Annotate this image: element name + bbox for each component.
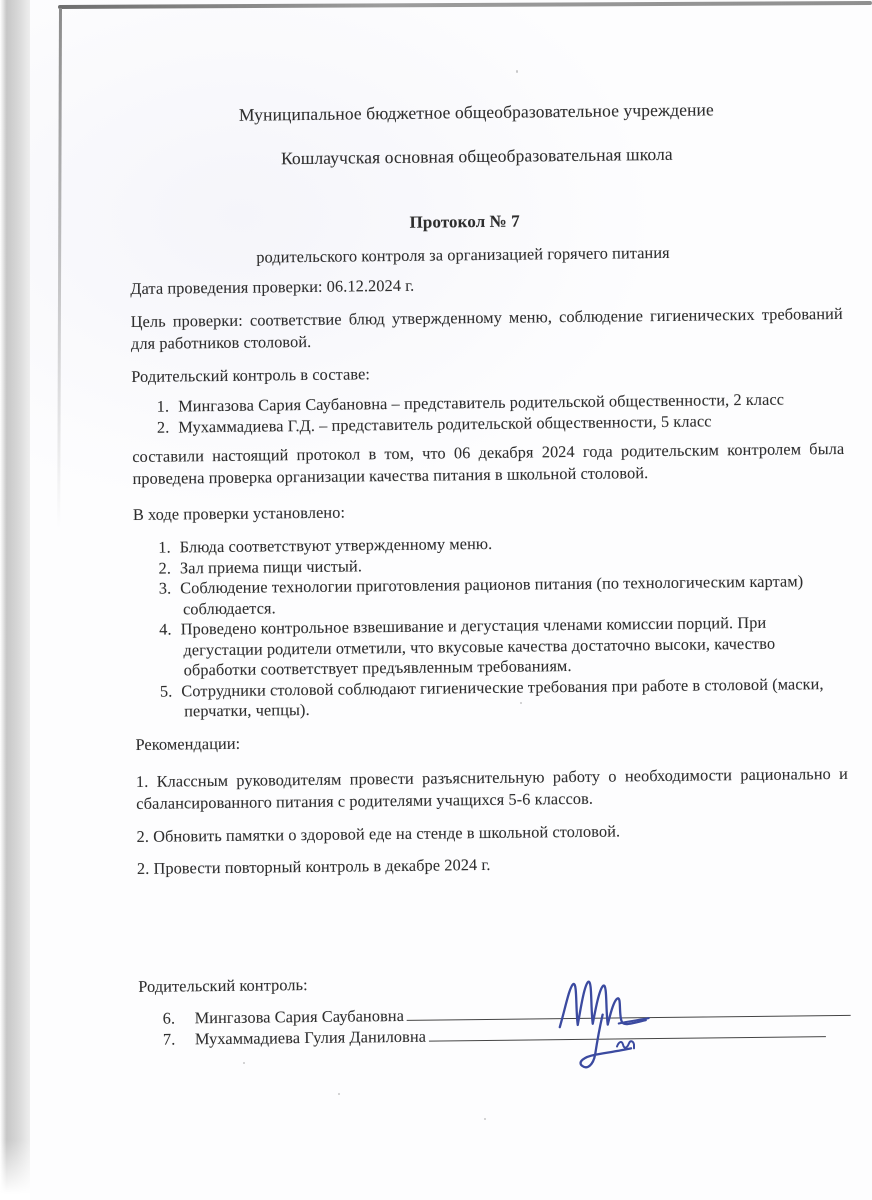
organization-name-line2: Кошлаучская основная общеобразовательная… — [129, 140, 825, 172]
committee-intro-line: Родительский контроль в составе: — [131, 358, 843, 388]
inspection-date-line: Дата проведения проверки: 06.12.2024 г. — [130, 270, 842, 300]
protocol-title: Протокол № 7 — [130, 206, 842, 238]
scan-speck — [484, 1118, 486, 1120]
signatories-list: 6. Мингазова Сария Саубановна 7. Мухамма… — [139, 999, 851, 1049]
document-page: Муниципальное бюджетное общеобразователь… — [30, 0, 872, 1200]
signatory-name: Мухаммадиева Гулия Даниловна — [185, 1025, 426, 1049]
recommendation-paragraph: 1. Классным руководителям провести разъя… — [136, 762, 848, 814]
scanned-document: Муниципальное бюджетное общеобразователь… — [0, 0, 872, 1200]
list-item-number: 5. — [160, 681, 173, 700]
signature-line — [407, 1000, 851, 1020]
scan-speck — [243, 1062, 245, 1064]
finding-text: Зал приема пищи чистый. — [180, 556, 362, 577]
findings-intro-line: В ходе проверки установлено: — [133, 496, 845, 526]
list-item-number: 1. — [157, 397, 170, 416]
list-item-number: 3. — [159, 579, 172, 598]
finding-list-item: 4.Проведено контрольное взвешивание и де… — [134, 612, 847, 682]
inspection-purpose-paragraph: Цель проверки: соответствие блюд утвержд… — [131, 303, 843, 355]
protocol-composed-paragraph: составили настоящий протокол в том, что … — [132, 438, 844, 490]
organization-name-line1: Муниципальное бюджетное общеобразователь… — [128, 96, 824, 128]
signature-section: Родительский контроль: 6. Мингазова Сари… — [138, 967, 851, 1049]
finding-list-item: 5.Сотрудники столовой соблюдают гигиенич… — [135, 673, 847, 722]
scan-speck — [516, 70, 518, 73]
list-item-number: 2. — [157, 418, 170, 437]
recommendation-paragraph: 2. Обновить памятки о здоровой еде на ст… — [136, 817, 848, 847]
scan-speck — [520, 702, 522, 704]
committee-member-text: Мухаммадиева Г.Д. – представитель родите… — [178, 411, 711, 436]
scan-speck — [338, 1093, 340, 1095]
list-item-number: 2. — [158, 558, 171, 577]
committee-list: 1.Мингазова Сария Саубановна – представи… — [132, 388, 844, 438]
recommendations-title: Рекомендации: — [135, 725, 847, 755]
list-item-number: 1. — [158, 538, 171, 557]
recommendation-paragraph: 2. Провести повторный контроль в декабре… — [137, 849, 849, 879]
list-item-number: 7. — [163, 1028, 185, 1049]
signature-section-title: Родительский контроль: — [138, 967, 850, 997]
finding-text: Сотрудники столовой соблюдают гигиеничес… — [181, 674, 823, 721]
organization-name: Муниципальное бюджетное общеобразователь… — [128, 96, 841, 172]
finding-text: Блюда соответствуют утвержденному меню. — [180, 534, 493, 557]
signature-line — [429, 1022, 826, 1042]
findings-list: 1.Блюда соответствуют утвержденному меню… — [133, 530, 847, 723]
list-item-number: 6. — [163, 1007, 185, 1028]
document-content: Муниципальное бюджетное общеобразователь… — [24, 0, 872, 1051]
finding-text: Проведено контрольное взвешивание и дегу… — [181, 613, 776, 680]
signatory-name: Мингазова Сария Саубановна — [185, 1004, 405, 1027]
protocol-subtitle: родительского контроля за организацией г… — [130, 240, 842, 270]
finding-text: Соблюдение технологии приготовления раци… — [180, 571, 803, 618]
list-item-number: 4. — [159, 620, 172, 639]
